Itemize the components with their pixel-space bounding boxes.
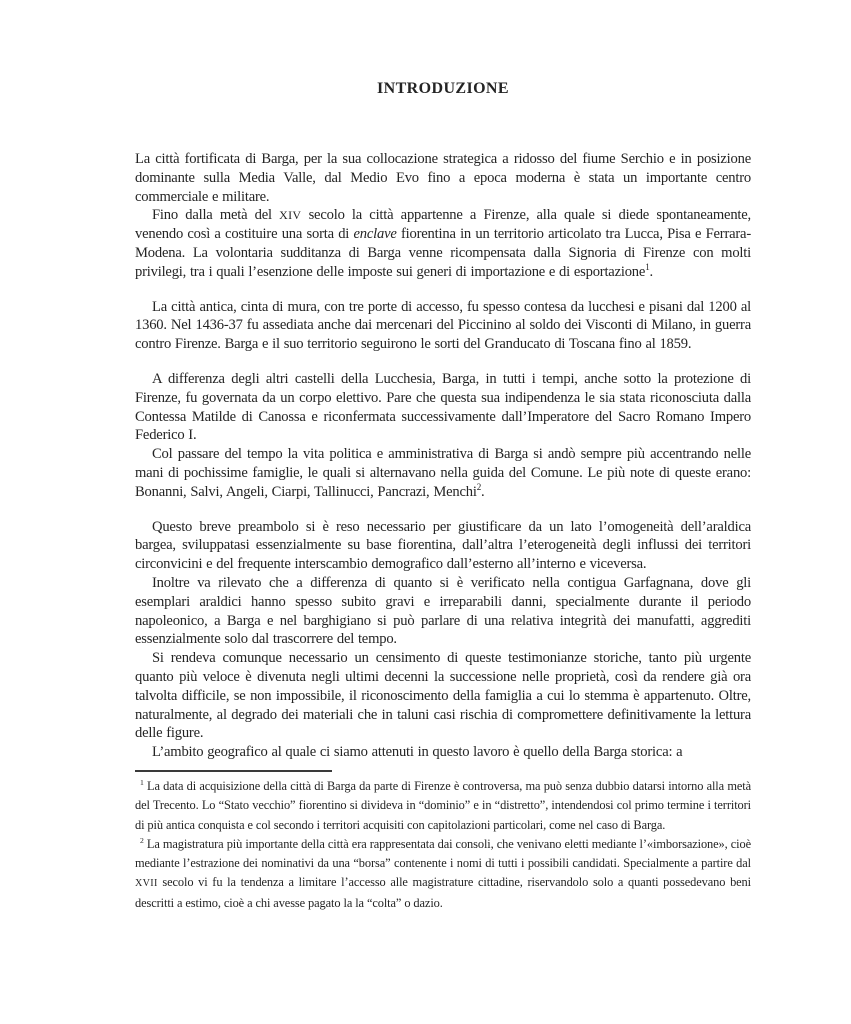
paragraph: Si rendeva comunque necessario un censim… [135,649,751,743]
text-segment: . [650,264,653,280]
scanned-page: INTRODUZIONE La città fortificata di Bar… [0,0,851,1024]
text-segment: La città antica, cinta di mura, con tre … [135,299,751,353]
paragraph: A differenza degli altri castelli della … [135,370,751,445]
paragraph: Fino dalla metà del XIV secolo la città … [135,206,751,281]
text-segment-italic: enclave [354,226,397,242]
text-segment: Col passare del tempo la vita politica e… [135,446,751,500]
text-segment-smallcaps: XVII [135,878,158,889]
paragraph: L’ambito geografico al quale ci siamo at… [135,743,751,762]
paragraph: La città fortificata di Barga, per la su… [135,150,751,206]
footnotes: 1 La data di acquisizione della città di… [135,777,751,913]
text-segment-smallcaps: XIV [279,208,301,222]
text-segment: . [481,484,484,500]
paragraph: La città antica, cinta di mura, con tre … [135,298,751,354]
text-segment: L’ambito geografico al quale ci siamo at… [152,744,682,760]
paragraph: Questo breve preambolo si è reso necessa… [135,518,751,574]
text-segment: Questo breve preambolo si è reso necessa… [135,519,751,573]
text-segment: secolo vi fu la tendenza a limitare l’ac… [135,875,751,909]
text-segment: A differenza degli altri castelli della … [135,371,751,443]
paragraph: Inoltre va rilevato che a differenza di … [135,574,751,649]
page-content: INTRODUZIONE La città fortificata di Bar… [135,80,751,913]
text-segment: La magistratura più importante della cit… [135,837,751,870]
text-segment: Si rendeva comunque necessario un censim… [135,650,751,741]
text-segment: La data di acquisizione della città di B… [135,779,751,832]
text-segment: Inoltre va rilevato che a differenza di … [135,575,751,647]
footnote: 1 La data di acquisizione della città di… [135,777,751,835]
paragraph: Col passare del tempo la vita politica e… [135,445,751,501]
footnote-separator [135,770,332,772]
body-text: La città fortificata di Barga, per la su… [135,150,751,762]
footnote: 2 La magistratura più importante della c… [135,835,751,913]
text-segment: Fino dalla metà del [152,207,279,223]
text-segment: La città fortificata di Barga, per la su… [135,151,751,205]
page-title: INTRODUZIONE [135,80,751,98]
